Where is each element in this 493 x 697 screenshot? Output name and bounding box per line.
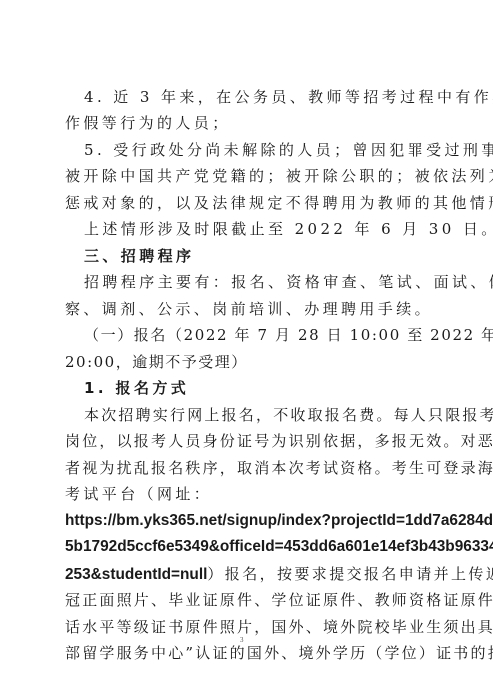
- signup-url-part-3[interactable]: 253&studentId=null: [65, 566, 207, 583]
- signup-url-part-2[interactable]: 5b1792d5ccf6e5349&officeId=453dd6a601e14…: [65, 538, 428, 556]
- subsection-heading: 1. 报名方式: [84, 379, 428, 397]
- text-line: 招聘程序主要有：报名、资格审查、笔试、面试、体检、考: [84, 273, 428, 291]
- page-number: 3: [240, 636, 244, 644]
- text-line: 冠正面照片、毕业证原件、学位证原件、教师资格证原件、普通: [65, 591, 428, 609]
- text-line: 253&studentId=null）报名，按要求提交报名申请并上传近期免: [65, 565, 428, 584]
- text-line: 20:00，逾期不予受理）: [65, 353, 428, 371]
- document-page: 4. 近 3 年来，在公务员、教师等招考过程中有作弊、弄虚 作假等行为的人员； …: [0, 0, 493, 697]
- text-line: （一）报名（2022 年 7 月 28 日 10:00 至 2022 年 7 月…: [84, 326, 428, 344]
- text-line: 本次招聘实行网上报名，不收取报名费。每人只限报考一个: [84, 406, 428, 424]
- text-line: 者视为扰乱报名秩序，取消本次考试资格。考生可登录海云天云: [65, 459, 428, 477]
- text-line: 考试平台（网址：: [65, 485, 428, 503]
- text-line: 话水平等级证书原件照片，国外、境外院校毕业生须出具“教育: [65, 618, 428, 636]
- section-heading: 三、招聘程序: [84, 247, 428, 265]
- text-line: 察、调剂、公示、岗前培训、办理聘用手续。: [65, 300, 428, 318]
- signup-url-part-1[interactable]: https://bm.yks365.net/signup/index?proje…: [65, 512, 428, 530]
- text-line: 上述情形涉及时限截止至 2022 年 6 月 30 日。: [84, 220, 428, 238]
- text-line: 作假等行为的人员；: [65, 114, 428, 132]
- text-line: 部留学服务中心”认证的国外、境外学历（学位）证书的扫描件: [65, 644, 428, 662]
- text-line: 被开除中国共产党党籍的；被开除公职的；被依法列为失信联合: [65, 167, 428, 185]
- text-line: 惩戒对象的，以及法律规定不得聘用为教师的其他情形的人员。: [65, 194, 428, 212]
- text-fragment: ）报名，按要求提交报名申请并上传近期免: [207, 565, 493, 583]
- text-line: 岗位，以报考人员身份证号为识别依据，多报无效。对恶意报名: [65, 432, 428, 450]
- text-line: 4. 近 3 年来，在公务员、教师等招考过程中有作弊、弄虚: [84, 88, 428, 106]
- text-line: 5. 受行政处分尚未解除的人员；曾因犯罪受过刑事处罚的；: [84, 141, 428, 159]
